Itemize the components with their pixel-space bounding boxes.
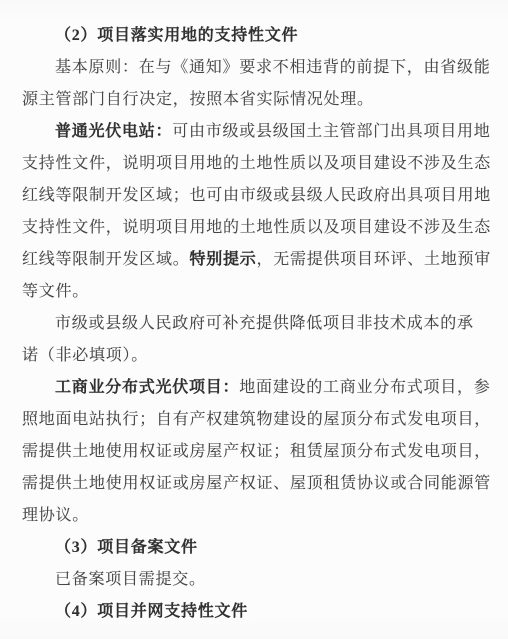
text-segment: 源主管部门自行决定，按照本省实际情况处理。 — [22, 91, 374, 108]
para-ordinary-pv-line-6: 等文件。 — [22, 276, 494, 308]
text-segment: 支持性文件，说明项目用地的土地性质以及项目建设不涉及生态 — [22, 155, 491, 172]
para-ordinary-pv-line-4: 支持性文件，说明项目用地的土地性质以及项目建设不涉及生态 — [22, 212, 494, 244]
document-text-body: （2）项目落实用地的支持性文件基本原则：在与《通知》要求不相违背的前提下，由省级… — [22, 20, 494, 628]
para-ordinary-pv-line-2: 支持性文件，说明项目用地的土地性质以及项目建设不涉及生态 — [22, 148, 494, 180]
text-segment: 基本原则：在与《通知》要求不相违背的前提下，由省级能 — [55, 59, 491, 76]
bold-text-segment: （2）项目落实用地的支持性文件 — [55, 27, 298, 44]
text-segment: 市级或县级人民政府可补充提供降低项目非技术成本的承 — [55, 315, 474, 332]
para-ordinary-pv-line-1: 普通光伏电站：可由市级或县级国土主管部门出具项目用地 — [22, 116, 494, 148]
para-ordinary-pv-line-5: 红线等限制开发区域。特别提示，无需提供项目环评、土地预审 — [22, 244, 494, 276]
bold-text-segment: 特别提示 — [190, 251, 257, 268]
text-segment: 理协议。 — [22, 507, 89, 524]
para-basic-principle-line-2: 源主管部门自行决定，按照本省实际情况处理。 — [22, 84, 494, 116]
bold-text-segment: 普通光伏电站： — [55, 123, 172, 140]
bold-text-segment: （3）项目备案文件 — [55, 539, 198, 556]
text-segment: 照地面电站执行；自有产权建筑物建设的屋顶分布式发电项目， — [22, 411, 491, 428]
heading-item-4: （4）项目并网支持性文件 — [22, 596, 494, 628]
text-segment: 需提供土地使用权证或房屋产权证；租赁屋顶分布式发电项目， — [22, 443, 491, 460]
para-commercial-dg-line-1: 工商业分布式光伏项目：地面建设的工商业分布式项目，参 — [22, 372, 494, 404]
text-segment: 地面建设的工商业分布式项目，参 — [239, 379, 490, 396]
para-filing-line-1: 已备案项目需提交。 — [22, 564, 494, 596]
bold-text-segment: 工商业分布式光伏项目： — [55, 379, 239, 396]
text-segment: 需提供土地使用权证或房屋产权证、屋顶租赁协议或合同能源管 — [22, 475, 491, 492]
para-ordinary-pv-line-3: 红线等限制开发区域；也可由市级或县级人民政府出具项目用地 — [22, 180, 494, 212]
text-segment: 支持性文件，说明项目用地的土地性质以及项目建设不涉及生态 — [22, 219, 491, 236]
para-commercial-dg-line-4: 需提供土地使用权证或房屋产权证、屋顶租赁协议或合同能源管 — [22, 468, 494, 500]
heading-item-3: （3）项目备案文件 — [22, 532, 494, 564]
para-commitment-line-1: 市级或县级人民政府可补充提供降低项目非技术成本的承 — [22, 308, 494, 340]
para-commitment-line-2: 诺（非必填项）。 — [22, 340, 494, 372]
text-segment: 已备案项目需提交。 — [55, 571, 206, 588]
text-segment: ，无需提供项目环评、土地预审 — [257, 251, 492, 268]
text-segment: 红线等限制开发区域；也可由市级或县级人民政府出具项目用地 — [22, 187, 491, 204]
text-segment: 等文件。 — [22, 283, 89, 300]
heading-item-2: （2）项目落实用地的支持性文件 — [22, 20, 494, 52]
para-basic-principle-line-1: 基本原则：在与《通知》要求不相违背的前提下，由省级能 — [22, 52, 494, 84]
text-segment: 红线等限制开发区域。 — [22, 251, 190, 268]
text-segment: 诺（非必填项）。 — [22, 347, 148, 364]
para-commercial-dg-line-5: 理协议。 — [22, 500, 494, 532]
text-segment: 可由市级或县级国土主管部门出具项目用地 — [172, 123, 490, 140]
bold-text-segment: （4）项目并网支持性文件 — [55, 603, 248, 620]
para-commercial-dg-line-3: 需提供土地使用权证或房屋产权证；租赁屋顶分布式发电项目， — [22, 436, 494, 468]
para-commercial-dg-line-2: 照地面电站执行；自有产权建筑物建设的屋顶分布式发电项目， — [22, 404, 494, 436]
scanned-document-page: （2）项目落实用地的支持性文件基本原则：在与《通知》要求不相违背的前提下，由省级… — [0, 0, 508, 639]
